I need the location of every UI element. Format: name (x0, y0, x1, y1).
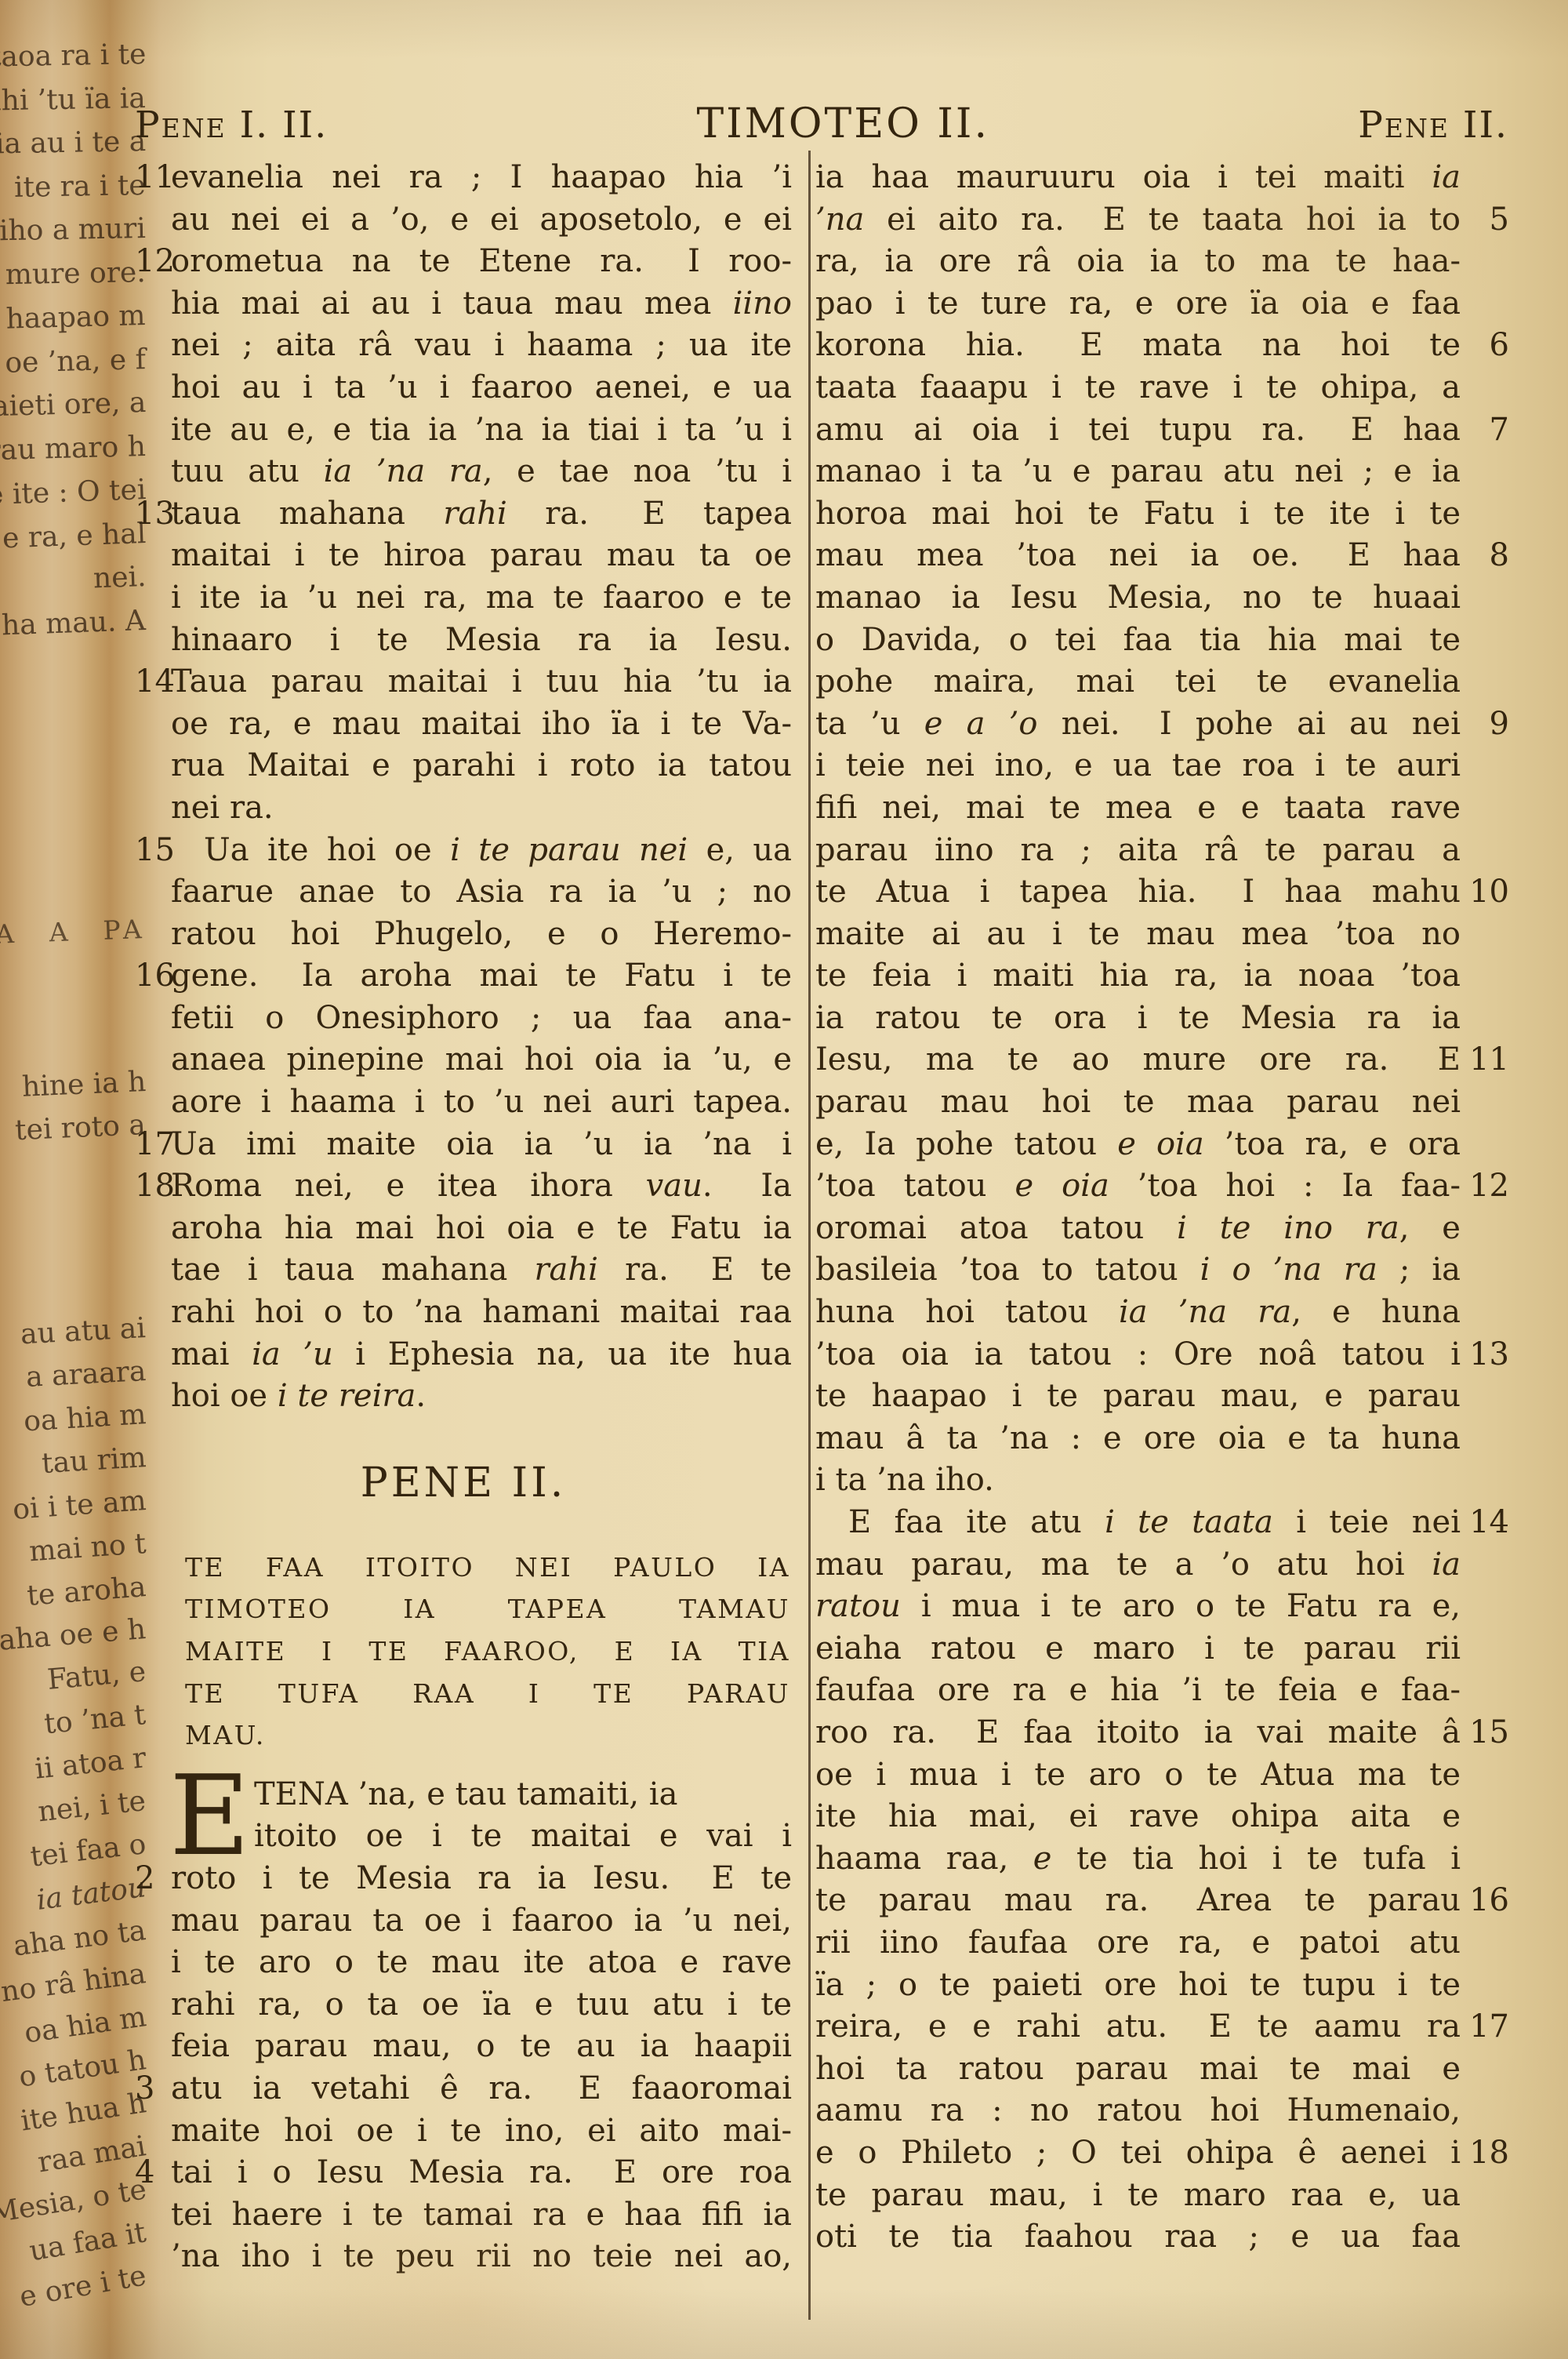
verse-number: 15 (135, 830, 171, 872)
verse-line: oromai atoa tatou i te ino ra, e (815, 1208, 1509, 1250)
verse-text: i ite ia ’u nei ra, ma te faaroo e te (171, 577, 792, 620)
running-head-left: Pene I. II. (135, 104, 328, 147)
verse-text: e, Ia pohe tatou e oia ’toa ra, e ora (815, 1124, 1461, 1166)
verse-line: faufaa ore ra e hia ’i te feia e faa- (815, 1670, 1509, 1712)
verse-text: mau â ta ’na : e ore oia e ta huna (815, 1418, 1461, 1460)
verse-number (135, 535, 171, 577)
verse-line: i teie nei ino, e ua tae roa i te auri (815, 745, 1509, 787)
verse-line: o Davida, o tei faa tia hia mai te (815, 620, 1509, 662)
verse-line: parau iino ra ; aita râ te parau a (815, 830, 1509, 872)
verse-text: ïa ; o te paieti ore hoi te tupu i te (815, 1965, 1461, 2007)
running-head-right: Pene II. (1358, 104, 1508, 147)
verse-line: rahi ra, o ta oe ïa e tuu atu i te (135, 1984, 792, 2026)
verse-text: Iesu, ma te ao mure ore ra. E (815, 1039, 1461, 1081)
verse-line: e, Ia pohe tatou e oia ’toa ra, e ora (815, 1124, 1509, 1166)
summary-line: TIMOTEO IA TAPEA TAMAU (185, 1588, 790, 1630)
verse-line: i te aro o te mau ite atoa e rave (135, 1942, 792, 1984)
verse-number (135, 1334, 171, 1376)
verse-line: ite au e, e tia ia ’na ia tiai i ta ’u i (135, 409, 792, 452)
page-title: TIMOTEO II. (328, 100, 1358, 147)
verse-line: ’na iho i te peu rii no teie nei ao, (135, 2236, 792, 2278)
verse-number: 6 (1461, 325, 1509, 367)
facing-page-text-fragment: e ite : O tei (0, 476, 147, 510)
verse-line: 18Roma nei, e itea ihora vau. Ia (135, 1165, 792, 1208)
verse-text: ra, ia ore râ oia ia to ma te haa- (815, 241, 1461, 283)
facing-page-text-fragment: tei roto a (15, 1111, 147, 1145)
verse-number (1461, 620, 1509, 662)
verse-text: mau mea ’toa nei ia oe. E haa (815, 535, 1461, 577)
verse-number: 18 (135, 1165, 171, 1208)
verse-text: haama raa, e te tia hoi i te tufa i (815, 1838, 1461, 1881)
verse-text: au nei ei a ’o, e ei aposetolo, e ei (171, 199, 792, 242)
verse-line: korona hia. E mata na hoi te6 (815, 325, 1509, 367)
verse-line: te parau mau, i te maro raa e, ua (815, 2175, 1509, 2217)
verse-line: te parau mau ra. Area te parau16 (815, 1880, 1509, 1922)
verse-number: 7 (1461, 409, 1509, 452)
verse-number (135, 199, 171, 242)
verse-number (1461, 1081, 1509, 1124)
verse-text: hia mai ai au i taua mau mea iino (171, 283, 792, 325)
verse-text: aore i haama i to ’u nei auri tapea. (171, 1081, 792, 1124)
verse-line: te feia i maiti hia ra, ia noaa ’toa (815, 955, 1509, 998)
verse-number: 11 (1461, 1039, 1509, 1081)
verse-line: Iesu, ma te ao mure ore ra. E11 (815, 1039, 1509, 1081)
verse-text: parau mau hoi te maa parau nei (815, 1081, 1461, 1124)
verse-number (1461, 661, 1509, 703)
verse-text: Ua ite hoi oe i te parau nei e, ua (171, 830, 792, 872)
verse-line: pao i te ture ra, e ore ïa oia e faa (815, 283, 1509, 325)
facing-page-text-fragment: oa hia m (23, 1401, 147, 1436)
verse-number: 8 (1461, 535, 1509, 577)
verse-line: mau mea ’toa nei ia oe. E haa8 (815, 535, 1509, 577)
verse-number: 17 (135, 1124, 171, 1166)
verse-text: tei haere i te tamai ra e haa fifi ia (171, 2194, 792, 2237)
verse-number (135, 1900, 171, 1943)
verse-number: 2 (135, 1858, 171, 1900)
verse-text: E faa ite atu i te taata i teie nei (815, 1502, 1461, 1544)
verse-text: faufaa ore ra e hia ’i te feia e faa- (815, 1670, 1461, 1712)
verse-text: faarue anae to Asia ra ia ’u ; no (171, 871, 792, 914)
verse-number (135, 325, 171, 367)
verse-line: tuu atu ia ’na ra, e tae noa ’tu i (135, 451, 792, 493)
verse-number (135, 1774, 171, 1816)
verse-number (135, 1249, 171, 1292)
verse-number (135, 1984, 171, 2026)
facing-page-text-fragment: tei faa o (29, 1830, 147, 1872)
facing-page-text-fragment: tau rim (41, 1444, 147, 1478)
verse-text: anaea pinepine mai hoi oia ia ’u, e (171, 1039, 792, 1081)
verse-number (135, 787, 171, 830)
facing-page-text-fragment: raa mai (36, 2132, 148, 2177)
verse-text: roto i te Mesia ra ia Iesu. E te (171, 1858, 792, 1900)
verse-text: fetii o Onesiphoro ; ua faa ana- (171, 998, 792, 1040)
verse-line: huna hoi tatou ia ’na ra, e huna (815, 1292, 1509, 1334)
verse-line: ratou hoi Phugelo, e o Heremo- (135, 914, 792, 956)
facing-page-text-fragment: RA A PA (0, 916, 147, 948)
facing-page-text-fragment: no râ hina (0, 1960, 147, 2007)
verse-text: atu ia vetahi ê ra. E faaoromai (171, 2068, 792, 2110)
verse-text: e o Phileto ; O tei ohipa ê aenei i (815, 2132, 1461, 2175)
verse-line: haama raa, e te tia hoi i te tufa i (815, 1838, 1509, 1881)
left-column-verses: 11evanelia nei ra ; I haapao hia ’iau ne… (135, 157, 792, 1418)
verse-text: te Atua i tapea hia. I haa mahu (815, 871, 1461, 914)
drop-cap: E (169, 1776, 250, 1857)
facing-page-text-fragment: iho a muri (0, 215, 146, 245)
verse-line: oti te tia faahou raa ; e ua faa (815, 2216, 1509, 2259)
facing-page-text-fragment: au atu ai (20, 1314, 147, 1349)
verse-line: 3atu ia vetahi ê ra. E faaoromai (135, 2068, 792, 2110)
verse-number (1461, 1628, 1509, 1670)
verse-line: roo ra. E faa itoito ia vai maite â15 (815, 1712, 1509, 1754)
verse-line: ia haa mauruuru oia i tei maiti ia (815, 157, 1509, 199)
verse-text: aamu ra : no ratou hoi Humenaio, (815, 2090, 1461, 2132)
summary-line: TE TUFA RAA I TE PARAU (185, 1673, 790, 1715)
verse-number (1461, 241, 1509, 283)
verse-line: pohe maira, mai tei te evanelia (815, 661, 1509, 703)
verse-number (135, 1081, 171, 1124)
verse-text: pao i te ture ra, e ore ïa oia e faa (815, 283, 1461, 325)
verse-number (1461, 577, 1509, 620)
verse-line: maite hoi oe i te ino, ei aito mai- (135, 2110, 792, 2153)
verse-line: hoi ta ratou parau mai te mai e (815, 2048, 1509, 2091)
verse-line: faarue anae to Asia ra ia ’u ; no (135, 871, 792, 914)
verse-text: rii iino faufaa ore ra, e patoi atu (815, 1922, 1461, 1965)
facing-page-text-fragment: mai no t (28, 1530, 147, 1566)
verse-line: taata faaapu i te rave i te ohipa, a (815, 367, 1509, 409)
verse-number (1461, 1544, 1509, 1587)
facing-page-text-fragment: taoa ra i te (0, 41, 146, 71)
facing-page-text-fragment: Fatu, e (46, 1658, 147, 1695)
verse-number (135, 367, 171, 409)
column-divider (808, 151, 811, 2320)
verse-text: pohe maira, mai tei te evanelia (815, 661, 1461, 703)
book-page: taoa ra i terahi ’tu ïa iaia au i te ait… (0, 0, 1568, 2359)
verse-number (1461, 998, 1509, 1040)
verse-line: manao i ta ’u e parau atu nei ; e ia (815, 451, 1509, 493)
verse-line: 15Ua ite hoi oe i te parau nei e, ua (135, 830, 792, 872)
facing-page-text-fragment: , e haapao m (0, 302, 146, 335)
verse-line: horoa mai hoi te Fatu i te ite i te (815, 493, 1509, 536)
verse-number: 9 (1461, 703, 1509, 746)
verse-line: 14Taua parau maitai i tuu hia ’tu ia (135, 661, 792, 703)
verse-text: i te aro o te mau ite atoa e rave (171, 1942, 792, 1984)
verse-text: ia ratou te ora i te Mesia ra ia (815, 998, 1461, 1040)
verse-number (135, 914, 171, 956)
verse-number: 3 (135, 2068, 171, 2110)
verse-number (135, 1376, 171, 1418)
verse-line: amu ai oia i tei tupu ra. E haa7 (815, 409, 1509, 452)
verse-text: ’toa tatou e oia ’toa hoi : Ia faa- (815, 1165, 1461, 1208)
verse-line: aroha hia mai hoi oia e te Fatu ia (135, 1208, 792, 1250)
verse-text: hinaaro i te Mesia ra ia Iesu. (171, 620, 792, 662)
verse-line: ia ratou te ora i te Mesia ra ia (815, 998, 1509, 1040)
verse-number: 18 (1461, 2132, 1509, 2175)
verse-number (1461, 2175, 1509, 2217)
facing-page-text-fragment: ite hua h (19, 2089, 148, 2135)
verse-line: 16gene. Ia aroha mai te Fatu i te (135, 955, 792, 998)
verse-number (1461, 283, 1509, 325)
verse-line: aamu ra : no ratou hoi Humenaio, (815, 2090, 1509, 2132)
verse-line: hoi oe i te reira. (135, 1376, 792, 1418)
verse-line: mau parau ta oe i faaroo ia ’u nei, (135, 1900, 792, 1943)
verse-number (1461, 1796, 1509, 1838)
verse-text: oe i mua i te aro o te Atua ma te (815, 1754, 1461, 1797)
verse-number: 16 (135, 955, 171, 998)
facing-page-text-fragment: te aroha (26, 1573, 147, 1611)
facing-page-text-fragment: aha no ta (12, 1917, 147, 1961)
verse-line: hoi au i ta ’u i faaroo aenei, e ua (135, 367, 792, 409)
summary-line: MAITE I TE FAAROO, E IA TIA (185, 1630, 790, 1673)
summary-line: MAU. (185, 1714, 790, 1757)
verse-line: eiaha ratou e maro i te parau rii (815, 1628, 1509, 1670)
verse-line: feia parau mau, o te au ia haapii (135, 2026, 792, 2068)
verse-line: mai ia ’u i Ephesia na, ua ite hua (135, 1334, 792, 1376)
verse-text: oromai atoa tatou i te ino ra, e (815, 1208, 1461, 1250)
chapter-summary: TE FAA ITOITO NEI PAULO IATIMOTEO IA TAP… (185, 1547, 790, 1757)
verse-number (1461, 1249, 1509, 1292)
verse-line: 17Ua imi maite oia ia ’u ia ’na i (135, 1124, 792, 1166)
verse-number (1461, 914, 1509, 956)
verse-number (135, 451, 171, 493)
verse-text: maitai i te hiroa parau mau ta oe (171, 535, 792, 577)
verse-line: tae i taua mahana rahi ra. E te (135, 1249, 792, 1292)
right-column: ia haa mauruuru oia i tei maiti ia’na ei… (815, 157, 1509, 2259)
verse-line: e o Phileto ; O tei ohipa ê aenei i18 (815, 2132, 1509, 2175)
verse-text: amu ai oia i tei tupu ra. E haa (815, 409, 1461, 452)
verse-number (1461, 1459, 1509, 1502)
verse-number (1461, 1418, 1509, 1460)
verse-line: nei ; aita râ vau i haama ; ua ite (135, 325, 792, 367)
verse-line: tei haere i te tamai ra e haa fifi ia (135, 2194, 792, 2237)
verse-number: 11 (135, 157, 171, 199)
verse-line: au nei ei a ’o, e ei aposetolo, e ei (135, 199, 792, 242)
verse-line: reira, e e rahi atu. E te aamu ra17 (815, 2006, 1509, 2048)
verse-number (1461, 1670, 1509, 1712)
verse-text: ite hia mai, ei rave ohipa aita e (815, 1796, 1461, 1838)
verse-number (135, 620, 171, 662)
verse-text: o Davida, o tei faa tia hia mai te (815, 620, 1461, 662)
verse-text: ratou hoi Phugelo, e o Heremo- (171, 914, 792, 956)
facing-page-text-fragment: ia au i te a (0, 128, 146, 158)
verse-line: rua Maitai e parahi i roto ia tatou (135, 745, 792, 787)
verse-number (1461, 1124, 1509, 1166)
verse-number (135, 409, 171, 452)
verse-text: ’na ei aito ra. E te taata hoi ia to (815, 199, 1461, 242)
verse-text: i ta ’na iho. (815, 1459, 1461, 1502)
verse-text: horoa mai hoi te Fatu i te ite i te (815, 493, 1461, 536)
left-column: 11evanelia nei ra ; I haapao hia ’iau ne… (135, 157, 792, 2278)
verse-number (135, 745, 171, 787)
verse-number (135, 283, 171, 325)
verse-text: gene. Ia aroha mai te Fatu i te (171, 955, 792, 998)
verse-number (1461, 787, 1509, 830)
verse-number (135, 1208, 171, 1250)
facing-page-text-fragment: aha oe e h (0, 1616, 147, 1656)
verse-text: i teie nei ino, e ua tae roa i te auri (815, 745, 1461, 787)
verse-line: 4tai i o Iesu Mesia ra. E ore roa (135, 2152, 792, 2194)
verse-number: 10 (1461, 871, 1509, 914)
verse-number (1461, 1922, 1509, 1965)
verse-text: feia parau mau, o te au ia haapii (171, 2026, 792, 2068)
verse-number (1461, 2090, 1509, 2132)
facing-page-text-fragment: paieti ore, a (0, 389, 146, 422)
verse-text: oe ra, e mau maitai iho ïa i te Va- (171, 703, 792, 746)
verse-number (1461, 745, 1509, 787)
verse-line: E faa ite atu i te taata i teie nei14 (815, 1502, 1509, 1544)
verse-number: 16 (1461, 1880, 1509, 1922)
verse-text: maite ai au i te mau mea ’toa no (815, 914, 1461, 956)
verse-number: 15 (1461, 1712, 1509, 1754)
verse-text: taua mahana rahi ra. E tapea (171, 493, 792, 536)
verse-number (135, 1942, 171, 1984)
verse-number (135, 1039, 171, 1081)
verse-text: rua Maitai e parahi i roto ia tatou (171, 745, 792, 787)
verse-number (135, 1816, 171, 1858)
verse-number: 14 (135, 661, 171, 703)
verse-line: 13taua mahana rahi ra. E tapea (135, 493, 792, 536)
verse-line: ’toa tatou e oia ’toa hoi : Ia faa-12 (815, 1165, 1509, 1208)
facing-page-text-fragment: ii atoa r (34, 1744, 147, 1784)
verse-number (135, 998, 171, 1040)
verse-number: 13 (135, 493, 171, 536)
verse-text: te haapao i te parau mau, e parau (815, 1376, 1461, 1418)
verse-line: 12orometua na te Etene ra. I roo- (135, 241, 792, 283)
verse-line: ra, ia ore râ oia ia to ma te haa- (815, 241, 1509, 283)
verse-text: te parau mau ra. Area te parau (815, 1880, 1461, 1922)
verse-number (1461, 451, 1509, 493)
facing-page-text-fragment: nei, i te (37, 1787, 147, 1826)
verse-text: tuu atu ia ’na ra, e tae noa ’tu i (171, 451, 792, 493)
verse-line: ta ’u e a ’o nei. I pohe ai au nei9 (815, 703, 1509, 746)
facing-page-text-fragment: ha mau. A (2, 607, 147, 640)
facing-page-text-fragment: ora mure ore. (0, 259, 146, 290)
verse-text: korona hia. E mata na hoi te (815, 325, 1461, 367)
facing-page-text-fragment: ua faa it (27, 2219, 148, 2266)
verse-text: maite hoi oe i te ino, ei aito mai- (171, 2110, 792, 2153)
verse-line: hinaaro i te Mesia ra ia Iesu. (135, 620, 792, 662)
verse-text: ite au e, e tia ia ’na ia tiai i ta ’u i (171, 409, 792, 452)
verse-number (1461, 1838, 1509, 1881)
verse-line: fetii o Onesiphoro ; ua faa ana- (135, 998, 792, 1040)
verse-text: ia haa mauruuru oia i tei maiti ia (815, 157, 1461, 199)
verse-number (1461, 1376, 1509, 1418)
verse-text: basileia ’toa to tatou i o ’na ra ; ia (815, 1249, 1461, 1292)
verse-number (1461, 955, 1509, 998)
verse-number (135, 2026, 171, 2068)
facing-page-gutter: taoa ra i terahi ’tu ïa iaia au i te ait… (0, 0, 151, 2359)
verse-text: ratou i mua i te aro o te Fatu ra e, (815, 1586, 1461, 1628)
verse-line: ’na ei aito ra. E te taata hoi ia to5 (815, 199, 1509, 242)
verse-line: 11evanelia nei ra ; I haapao hia ’i (135, 157, 792, 199)
verse-number: 12 (135, 241, 171, 283)
verse-line: ’toa oia ia tatou : Ore noâ tatou i13 (815, 1334, 1509, 1376)
verse-number (1461, 2048, 1509, 2091)
summary-line: TE FAA ITOITO NEI PAULO IA (185, 1547, 790, 1589)
verse-text: nei ; aita râ vau i haama ; ua ite (171, 325, 792, 367)
verse-line: hia mai ai au i taua mau mea iino (135, 283, 792, 325)
chapter-opening-paragraph: E TENA ’na, e tau tamaiti, iaitoito oe i… (135, 1774, 792, 2278)
verse-text: taata faaapu i te rave i te ohipa, a (815, 367, 1461, 409)
running-head: Pene I. II. TIMOTEO II. Pene II. (135, 100, 1508, 147)
verse-number: 17 (1461, 2006, 1509, 2048)
facing-page-text-fragment: ia tatou (35, 1874, 147, 1915)
verse-text: tae i taua mahana rahi ra. E te (171, 1249, 792, 1292)
verse-text: hoi oe i te reira. (171, 1376, 792, 1418)
verse-line: rii iino faufaa ore ra, e patoi atu (815, 1922, 1509, 1965)
verse-number (1461, 1754, 1509, 1797)
verse-number: 5 (1461, 199, 1509, 242)
verse-number (135, 2236, 171, 2278)
verse-line: anaea pinepine mai hoi oia ia ’u, e (135, 1039, 792, 1081)
verse-text: eiaha ratou e maro i te parau rii (815, 1628, 1461, 1670)
facing-page-text-fragment: a araara (25, 1358, 147, 1392)
verse-line: maitai i te hiroa parau mau ta oe (135, 535, 792, 577)
verse-text: manao i ta ’u e parau atu nei ; e ia (815, 451, 1461, 493)
verse-number (1461, 1208, 1509, 1250)
facing-page-text-fragment: oa hia m (23, 2003, 148, 2048)
verse-text: ’toa oia ia tatou : Ore noâ tatou i (815, 1334, 1461, 1376)
facing-page-text-fragment: e ore i te (17, 2262, 148, 2312)
verse-line: fifi nei, mai te mea e e taata rave (815, 787, 1509, 830)
verse-text: mau parau, ma te a ’o atu hoi ia (815, 1544, 1461, 1587)
verse-line: mau parau, ma te a ’o atu hoi ia (815, 1544, 1509, 1587)
verse-number (1461, 367, 1509, 409)
verse-text: Roma nei, e itea ihora vau. Ia (171, 1165, 792, 1208)
verse-line: maite ai au i te mau mea ’toa no (815, 914, 1509, 956)
verse-text: TENA ’na, e tau tamaiti, ia (171, 1774, 792, 1816)
verse-text: manao ia Iesu Mesia, no te huaai (815, 577, 1461, 620)
verse-number: 14 (1461, 1502, 1509, 1544)
verse-number (1461, 157, 1509, 199)
verse-text: te feia i maiti hia ra, ia noaa ’toa (815, 955, 1461, 998)
verse-text: te parau mau, i te maro raa e, ua (815, 2175, 1461, 2217)
facing-page-text-fragment: e ra, e hal (2, 520, 146, 553)
facing-page-text-fragment: oi i te am (12, 1487, 147, 1525)
verse-number (1461, 1292, 1509, 1334)
verse-text: evanelia nei ra ; I haapao hia ’i (171, 157, 792, 199)
verse-text: rahi hoi o to ’na hamani maitai raa (171, 1292, 792, 1334)
verse-number: 13 (1461, 1334, 1509, 1376)
verse-number (135, 871, 171, 914)
facing-page-text-fragment: to ’na t (43, 1701, 147, 1739)
facing-page-text-fragment: rahi ’tu ïa ia (0, 85, 146, 116)
verse-text: ’na iho i te peu rii no teie nei ao, (171, 2236, 792, 2278)
verse-text: hoi ta ratou parau mai te mai e (815, 2048, 1461, 2091)
verse-line: nei ra. (135, 787, 792, 830)
facing-page-text-fragment: arau maro h (0, 433, 146, 466)
verse-text: fifi nei, mai te mea e e taata rave (815, 787, 1461, 830)
verse-text: tai i o Iesu Mesia ra. E ore roa (171, 2152, 792, 2194)
verse-line: te Atua i tapea hia. I haa mahu10 (815, 871, 1509, 914)
verse-line: i ta ’na iho. (815, 1459, 1509, 1502)
verse-line: manao ia Iesu Mesia, no te huaai (815, 577, 1509, 620)
verse-text: orometua na te Etene ra. I roo- (171, 241, 792, 283)
verse-number (135, 703, 171, 746)
verse-text: roo ra. E faa itoito ia vai maite â (815, 1712, 1461, 1754)
verse-text: nei ra. (171, 787, 792, 830)
verse-line: te haapao i te parau mau, e parau (815, 1376, 1509, 1418)
verse-line: parau mau hoi te maa parau nei (815, 1081, 1509, 1124)
verse-number (1461, 1586, 1509, 1628)
verse-line: rahi hoi o to ’na hamani maitai raa (135, 1292, 792, 1334)
verse-text: parau iino ra ; aita râ te parau a (815, 830, 1461, 872)
chapter-heading: PENE II. (135, 1459, 792, 1507)
verse-text: reira, e e rahi atu. E te aamu ra (815, 2006, 1461, 2048)
verse-line: i ite ia ’u nei ra, ma te faaroo e te (135, 577, 792, 620)
verse-line: ratou i mua i te aro o te Fatu ra e, (815, 1586, 1509, 1628)
verse-text: huna hoi tatou ia ’na ra, e huna (815, 1292, 1461, 1334)
facing-page-text-fragment: o tatou h (17, 2046, 147, 2092)
